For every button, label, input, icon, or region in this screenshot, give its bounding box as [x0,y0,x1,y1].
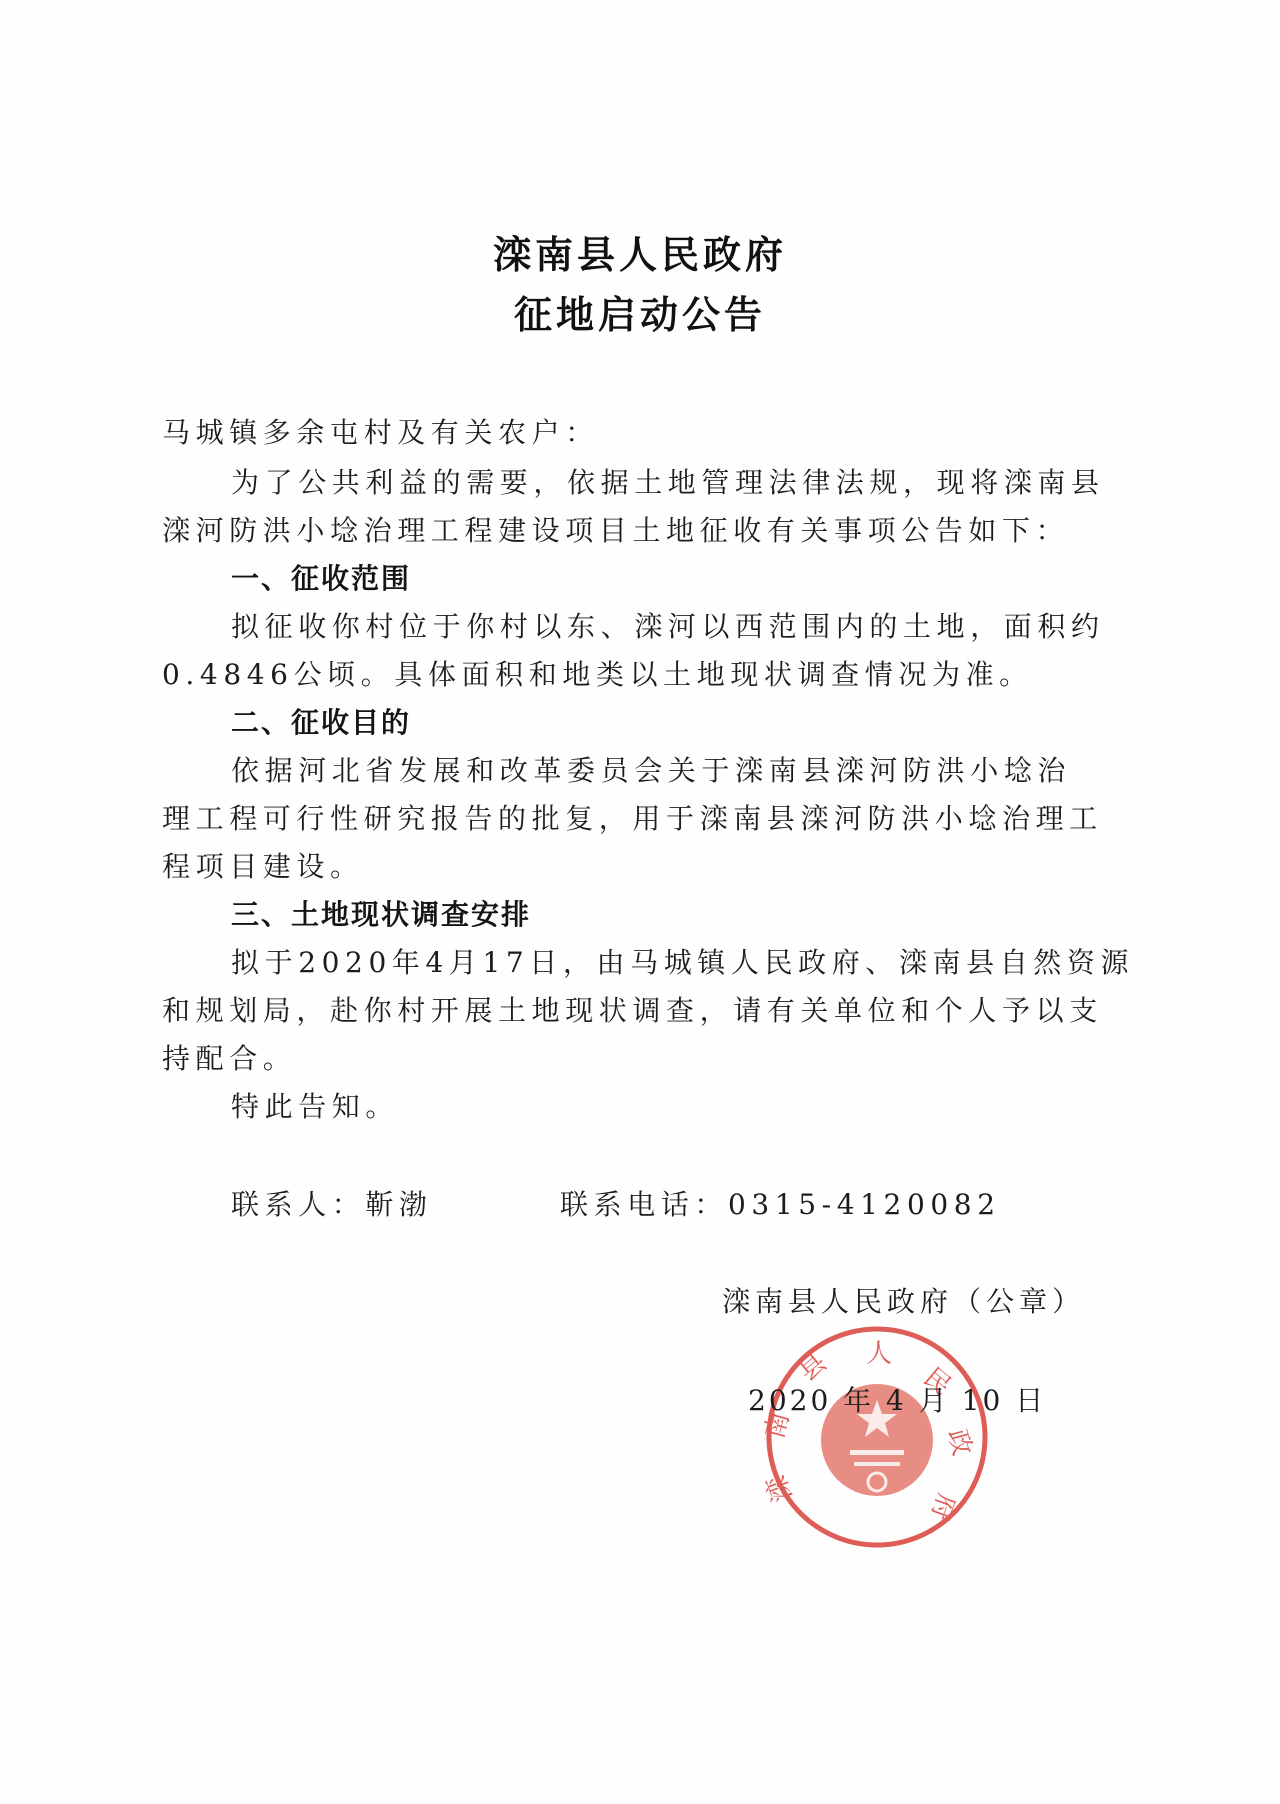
closing-text: 特此告知。 [231,1090,399,1124]
section-heading-scope: 一、征收范围 [231,562,411,596]
svg-text:县: 县 [793,1348,832,1388]
intro-line-1: 为了公共利益的需要，依据土地管理法律法规，现将滦南县 [231,466,1105,500]
section-survey-line-1: 拟于2020年4月17日，由马城镇人民政府、滦南县自然资源 [231,946,1134,980]
section-purpose-line-1: 依据河北省发展和改革委员会关于滦南县滦河防洪小埝治 [231,754,1071,788]
section-survey-line-3: 持配合。 [162,1042,296,1076]
salutation: 马城镇多余屯村及有关农户： [162,416,599,450]
section-scope-line-1: 拟征收你村位于你村以东、滦河以西范围内的土地，面积约 [231,610,1105,644]
section-heading-purpose: 二、征收目的 [231,706,411,740]
document-title-line1: 滦南县人民政府 [0,233,1280,277]
intro-line-2: 滦河防洪小埝治理工程建设项目土地征收有关事项公告如下： [162,514,1069,548]
official-seal-icon: 县 人 民 政 府 南 滦 [762,1322,992,1552]
issuer-signature: 滦南县人民政府（公章） [722,1285,1085,1319]
svg-text:府: 府 [925,1490,962,1525]
section-purpose-line-3: 程项目建设。 [162,850,364,884]
section-survey-line-2: 和规划局，赴你村开展土地现状调查，请有关单位和个人予以支 [162,994,1103,1028]
document-page: 滦南县人民政府 征地启动公告 马城镇多余屯村及有关农户： 为了公共利益的需要，依… [0,0,1280,1804]
contact-phone: 联系电话：0315-4120082 [560,1188,1001,1222]
contact-person: 联系人：靳渤 [231,1188,433,1222]
section-purpose-line-2: 理工程可行性研究报告的批复，用于滦南县滦河防洪小埝治理工 [162,802,1103,836]
svg-text:滦: 滦 [762,1470,799,1506]
svg-text:人: 人 [866,1339,892,1369]
svg-text:政: 政 [941,1426,977,1459]
section-heading-survey: 三、土地现状调查安排 [231,898,531,932]
issue-date: 2020 年 4 月 10 日 [748,1384,1046,1418]
section-scope-line-2: 0.4846公顷。具体面积和地类以土地现状调查情况为准。 [162,658,1033,692]
document-title-line2: 征地启动公告 [0,293,1280,337]
